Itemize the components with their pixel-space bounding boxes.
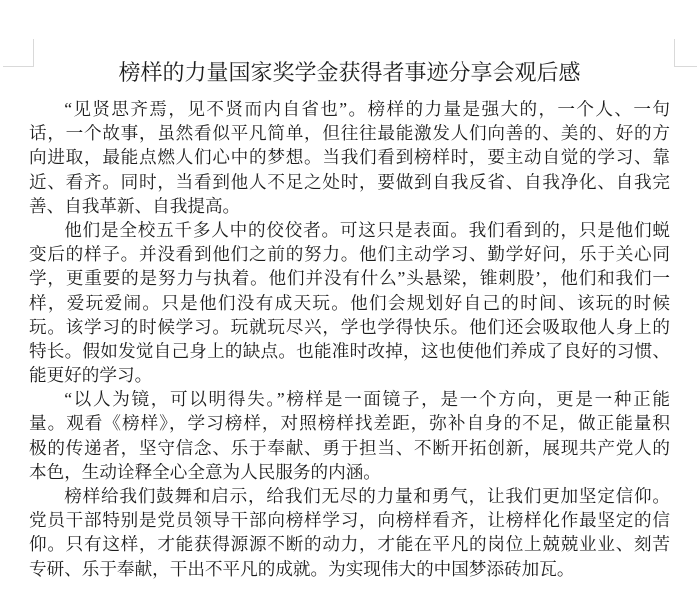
document-title: 榜样的力量国家奖学金获得者事迹分享会观后感: [29, 58, 670, 88]
paragraph-3-line-3: 极的传递者，坚守信念、乐于奉献、勇于担当、不断开拓创新，展现共产党人的: [29, 436, 670, 460]
paragraph-2-line-4: 样，爱玩爱闹。只是他们没有成天玩。他们会规划好自己的时间、该玩的时候: [29, 291, 670, 315]
paragraph-3-line-2: 量。观看《榜样》，学习榜样，对照榜样找差距，弥补自身的不足，做正能量积: [29, 411, 670, 435]
paragraph-1-line-1: “见贤思齐焉，见不贤而内自省也”。榜样的力量是强大的，一个人、一句: [29, 97, 670, 121]
paragraph-4-line-2: 党员干部特别是党员领导干部向榜样学习，向榜样看齐，让榜样化作最坚定的信: [29, 508, 670, 532]
paragraph-2-line-3: 学，更重要的是努力与执着。他们并没有什么”头悬梁，锥刺股’，他们和我们一: [29, 266, 670, 290]
document-body: “见贤思齐焉，见不贤而内自省也”。榜样的力量是强大的，一个人、一句话，一个故事，…: [29, 97, 670, 581]
paragraph-3-line-4: 本色，生动诠释全心全意为人民服务的内涵。: [29, 460, 670, 484]
paragraph-4-line-1: 榜样给我们鼓舞和启示，给我们无尽的力量和勇气，让我们更加坚定信仰。: [29, 484, 670, 508]
document-page: 榜样的力量国家奖学金获得者事迹分享会观后感 “见贤思齐焉，见不贤而内自省也”。榜…: [0, 0, 699, 606]
paragraph-1-line-3: 向进取，最能点燃人们心中的梦想。当我们看到榜样时，要主动自觉的学习、靠: [29, 145, 670, 169]
paragraph-4-line-4: 专研、乐于奉献，干出不平凡的成就。为实现伟大的中国梦添砖加瓦。: [29, 557, 670, 581]
paragraph-2-line-7: 能更好的学习。: [29, 363, 670, 387]
paragraph-4-line-3: 仰。只有这样，才能获得源源不断的动力，才能在平凡的岗位上兢兢业业、刻苦: [29, 532, 670, 556]
paragraph-2-line-2: 变后的样子。并没看到他们之前的努力。他们主动学习、勤学好问，乐于关心同: [29, 242, 670, 266]
paragraph-1-line-4: 近、看齐。同时，当看到他人不足之处时，要做到自我反省、自我净化、自我完: [29, 170, 670, 194]
document-content[interactable]: 榜样的力量国家奖学金获得者事迹分享会观后感 “见贤思齐焉，见不贤而内自省也”。榜…: [29, 58, 670, 581]
paragraph-1-line-5: 善、自我革新、自我提高。: [29, 194, 670, 218]
paragraph-2-line-1: 他们是全校五千多人中的佼佼者。可这只是表面。我们看到的，只是他们蜕: [29, 218, 670, 242]
paragraph-2-line-6: 特长。假如发觉自己身上的缺点。也能准时改掉，这也使他们养成了良好的习惯、: [29, 339, 670, 363]
paragraph-2-line-5: 玩。该学习的时候学习。玩就玩尽兴，学也学得快乐。他们还会吸取他人身上的: [29, 315, 670, 339]
margin-corner-mark-right: [674, 39, 697, 67]
paragraph-3-line-1: “以人为镜，可以明得失。”榜样是一面镜子，是一个方向，更是一种正能: [29, 387, 670, 411]
paragraph-1-line-2: 话，一个故事，虽然看似平凡简单，但往往最能激发人们向善的、美的、好的方: [29, 121, 670, 145]
